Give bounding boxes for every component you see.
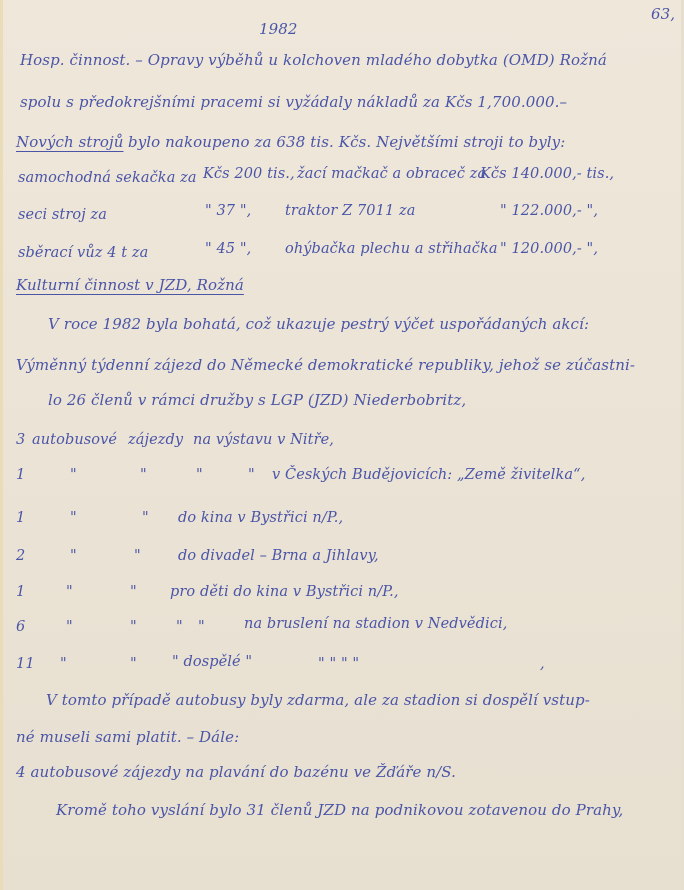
machine-item: sběrací vůz 4 t za [18, 243, 148, 263]
machine-price: " 122.000,- ", [500, 201, 598, 221]
trip-destination: na výstavu v Nitře, [193, 430, 334, 450]
trip-col: " [140, 465, 147, 485]
trip-destination: pro děti do kina v Bystřici n/P., [170, 582, 399, 602]
trip-count: 3 [16, 430, 25, 450]
trip-destination: , [540, 654, 545, 674]
machine-item: traktor Z 7011 za [285, 201, 415, 221]
trip-col: " [66, 617, 73, 637]
section-heading: Kulturní činnost v JZD, Rožná [16, 275, 244, 295]
trip-col: " [130, 582, 137, 602]
closing-line: né museli sami platit. – Dále: [16, 727, 239, 747]
subheading-new-machines: Nových strojů [16, 132, 123, 152]
paragraph-line: lo 26 členů v rámci družby s LGP (JZD) N… [48, 390, 466, 410]
trip-destination: do divadel – Brna a Jihlavy, [178, 546, 379, 566]
closing-line: Kromě toho vyslání bylo 31 členů JZD na … [56, 800, 623, 820]
trip-col: " [134, 546, 141, 566]
trip-col: " [70, 508, 77, 528]
trip-count: 11 [16, 654, 35, 674]
trip-col: " [130, 617, 137, 637]
machine-price: " 120.000,- ", [500, 239, 598, 259]
text-line: bylo nakoupeno za 638 tis. Kčs. Největší… [128, 132, 565, 152]
trip-count: 1 [16, 582, 25, 602]
text-line: Hosp. činnost. – Opravy výběhů u kolchov… [20, 50, 607, 70]
trip-col: " [248, 465, 255, 485]
trip-count: 2 [16, 546, 25, 566]
machine-price: " 45 ", [205, 239, 251, 259]
machine-item: seci stroj za [18, 205, 107, 225]
machine-item: žací mačkač a obraceč za [297, 164, 486, 184]
machine-item: ohýbačka plechu a střihačka [285, 239, 498, 259]
text-line: spolu s předokrejšními pracemi si vyžáda… [20, 92, 567, 112]
trip-col: " " " " [318, 654, 359, 674]
trip-col: zájezdy [128, 430, 183, 450]
trip-col: " [198, 617, 205, 637]
machine-price: Kčs 200 tis., [203, 164, 295, 184]
trip-destination: do kina v Bystřici n/P., [178, 508, 343, 528]
trip-count: 6 [16, 617, 25, 637]
trip-col: " [142, 508, 149, 528]
year-heading: 1982 [259, 19, 298, 39]
trip-col: autobusové [32, 430, 117, 450]
machine-price: " 37 ", [205, 201, 251, 221]
trip-col: " [196, 465, 203, 485]
trip-col: " [60, 654, 67, 674]
handwritten-chronicle-page: 63, 1982 Hosp. činnost. – Opravy výběhů … [0, 0, 684, 890]
trip-col: " [70, 546, 77, 566]
trip-col: " [66, 582, 73, 602]
trip-col: " [130, 654, 137, 674]
trip-col: " [70, 465, 77, 485]
trip-count: 1 [16, 508, 25, 528]
trip-col: " dospělé " [172, 652, 252, 672]
trip-count: 1 [16, 465, 25, 485]
machine-item: samochodná sekačka za [18, 168, 197, 188]
trip-col: " [176, 617, 183, 637]
closing-line: 4 autobusové zájezdy na plavání do bazén… [16, 762, 456, 782]
closing-line: V tomto případě autobusy byly zdarma, al… [46, 690, 590, 710]
trip-destination: v Českých Budějovicích: „Země živitelka“… [272, 465, 585, 485]
paragraph-line: Výměnný týdenní zájezd do Německé demokr… [16, 355, 635, 375]
trip-destination: na bruslení na stadion v Nedvědici, [244, 614, 507, 634]
page-number: 63, [651, 4, 675, 24]
machine-price: Kčs 140.000,- tis., [480, 164, 614, 184]
paragraph-line: V roce 1982 byla bohatá, což ukazuje pes… [48, 314, 589, 334]
